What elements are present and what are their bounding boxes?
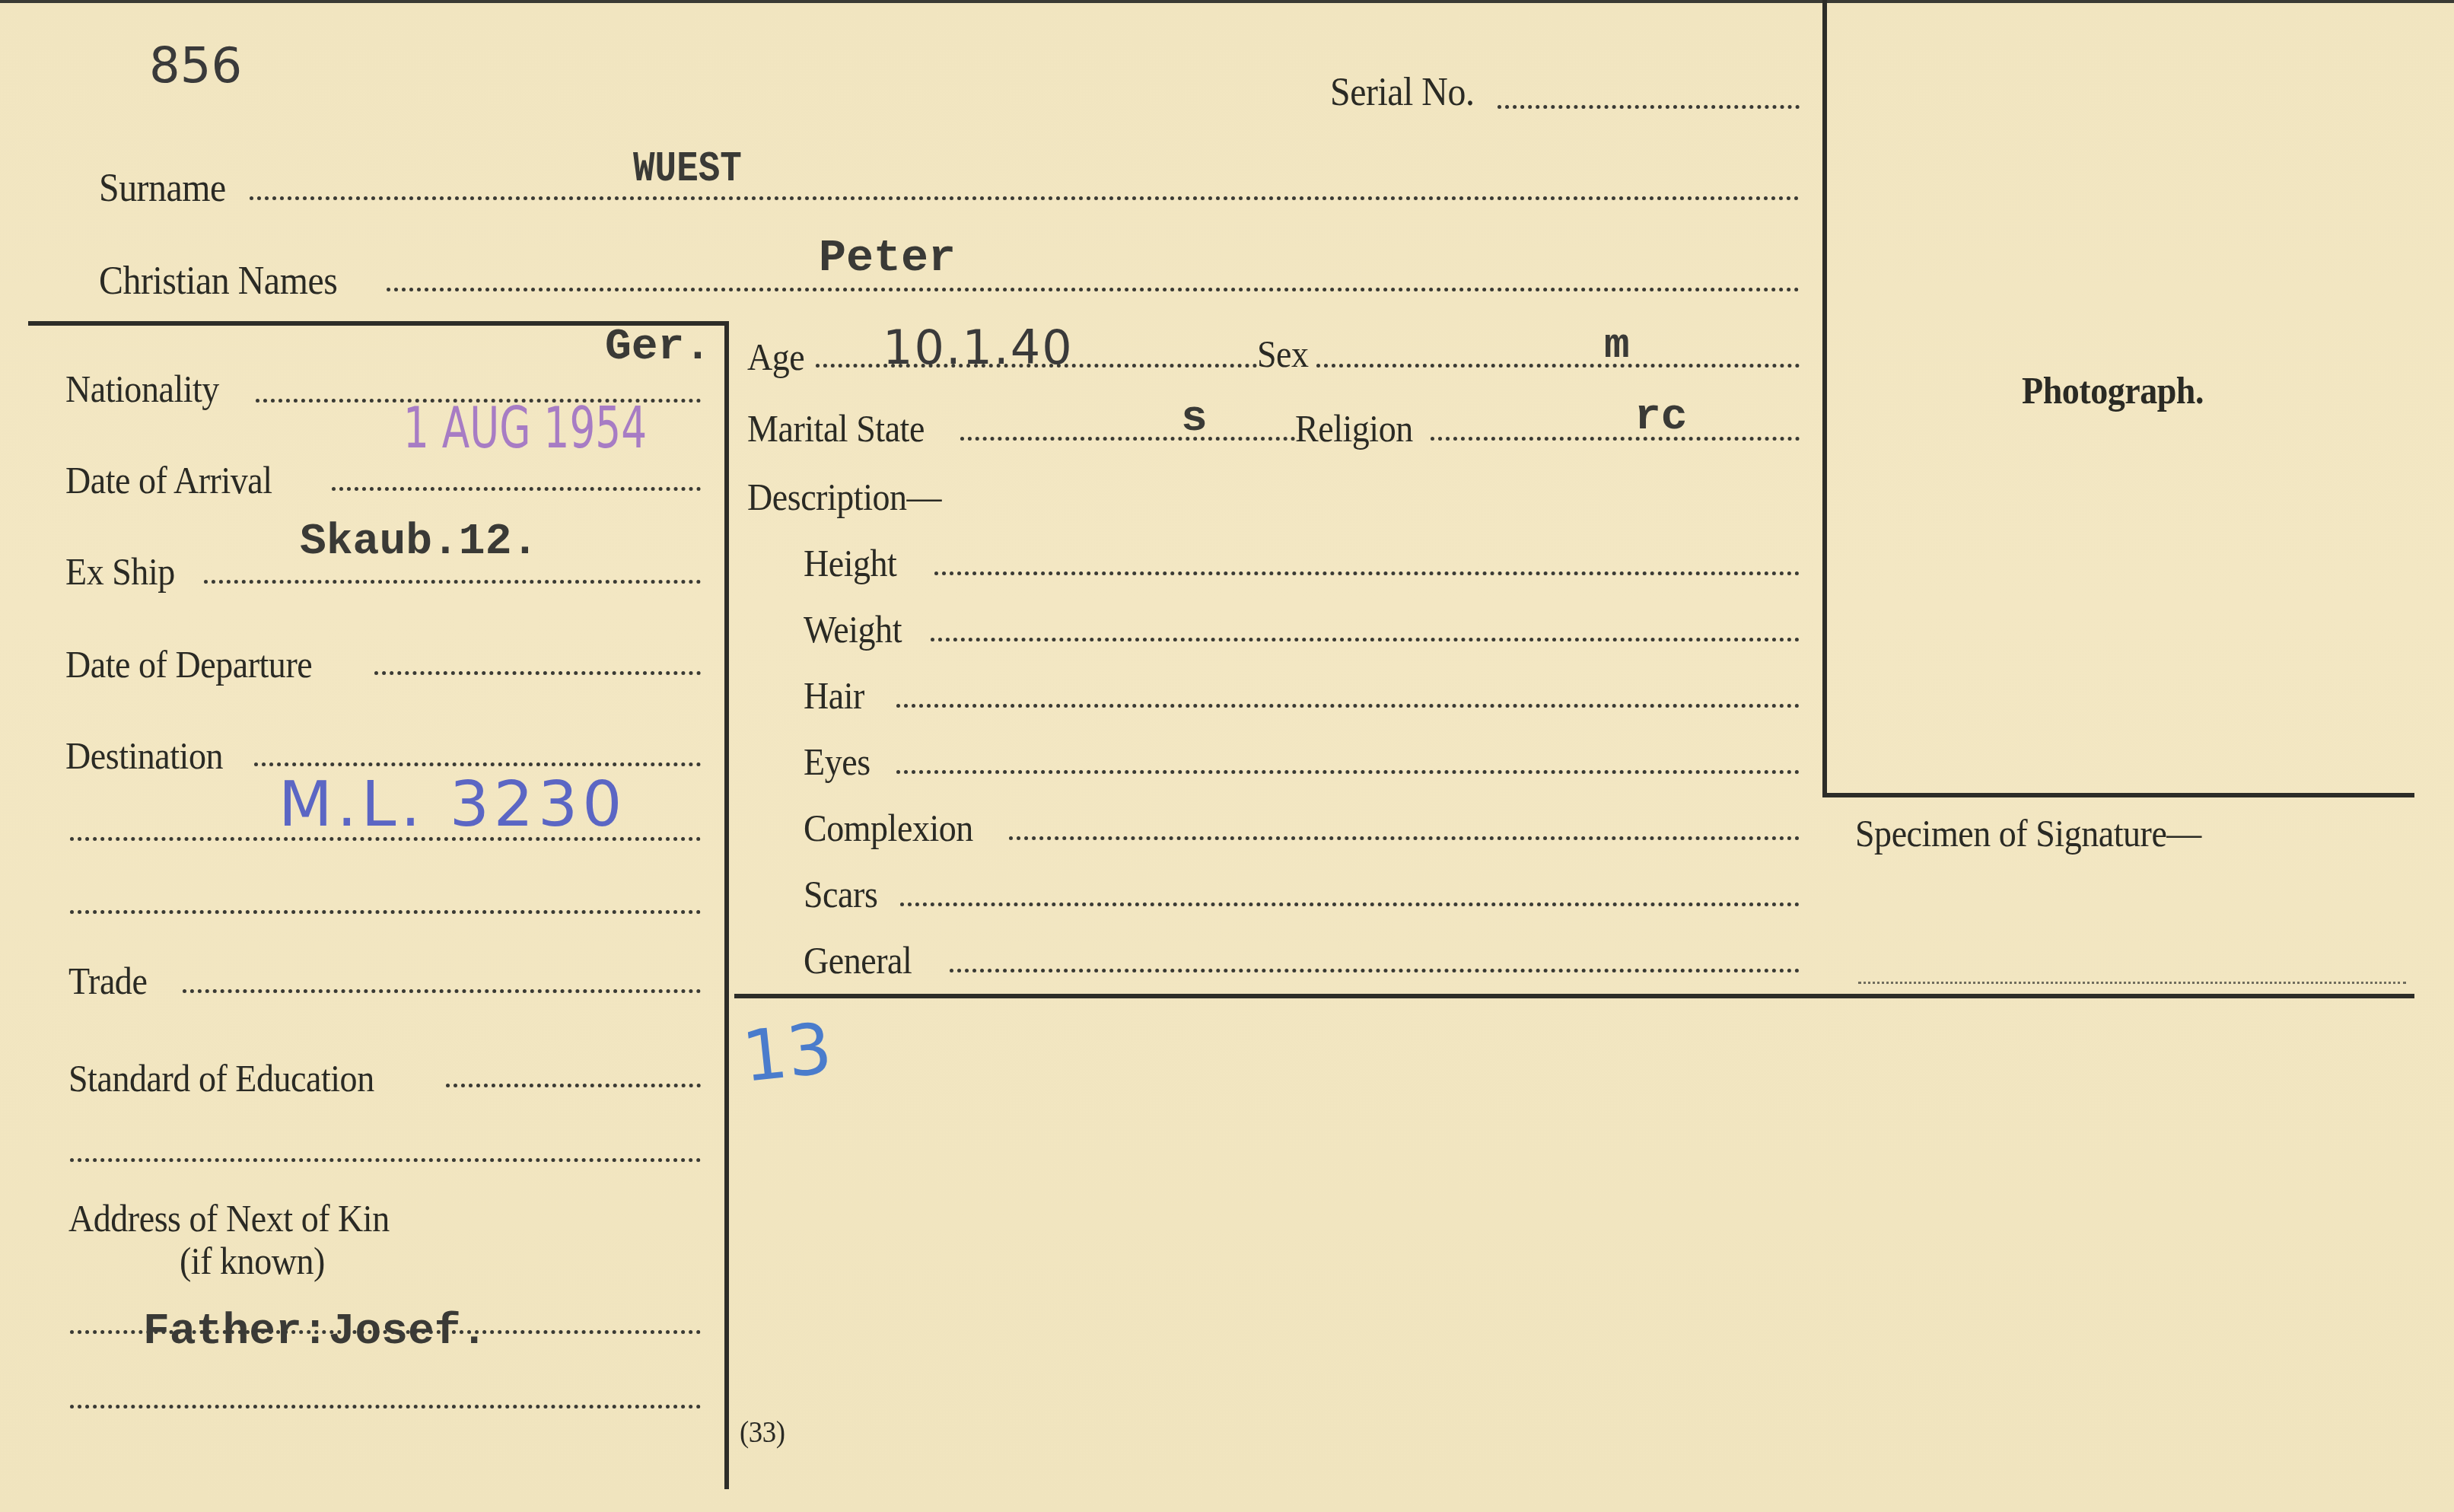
- description-height-label: Height: [804, 544, 896, 582]
- next-of-kin-field-line-2[interactable]: [70, 1405, 701, 1409]
- date-of-arrival-field[interactable]: [332, 487, 701, 491]
- sex-label: Sex: [1257, 335, 1309, 373]
- side-note: 13: [739, 1007, 836, 1098]
- ex-ship-field[interactable]: [204, 580, 701, 584]
- date-of-departure-field[interactable]: [374, 671, 701, 675]
- left-column-divider: [724, 321, 729, 1489]
- christian-names-label: Christian Names: [99, 262, 337, 301]
- religion-label: Religion: [1295, 409, 1413, 447]
- description-complexion-label: Complexion: [804, 809, 973, 847]
- card-number: 856: [149, 38, 242, 94]
- age-label: Age: [747, 338, 804, 376]
- marital-state-label: Marital State: [747, 409, 925, 447]
- description-general-label: General: [804, 941, 912, 979]
- description-eyes-field[interactable]: [896, 770, 1800, 774]
- description-weight-label: Weight: [804, 610, 902, 648]
- nationality-value: Ger.: [605, 323, 711, 372]
- christian-names-value: Peter: [819, 233, 956, 285]
- ex-ship-value: Skaub.12.: [300, 517, 538, 567]
- description-general-field[interactable]: [950, 969, 1800, 972]
- nationality-label: Nationality: [65, 370, 219, 408]
- serial-no-label: Serial No.: [1330, 73, 1474, 113]
- signature-label: Specimen of Signature—: [1855, 814, 2201, 852]
- description-scars-label: Scars: [804, 875, 877, 913]
- description-height-field[interactable]: [934, 571, 1800, 575]
- trade-field[interactable]: [183, 989, 701, 993]
- religion-value: rc: [1634, 393, 1688, 442]
- photo-box-left-border: [1822, 0, 1827, 797]
- description-label: Description—: [747, 478, 941, 516]
- sex-value: m: [1604, 321, 1630, 370]
- surname-value: WUEST: [633, 145, 742, 193]
- next-of-kin-value: Father:Josef.: [143, 1307, 487, 1357]
- next-of-kin-label: Address of Next of Kin: [68, 1199, 390, 1237]
- destination-field[interactable]: [254, 762, 701, 766]
- surname-field[interactable]: [250, 196, 1800, 200]
- description-bottom-rule: [734, 994, 2414, 998]
- description-scars-field[interactable]: [900, 902, 1800, 906]
- ex-ship-label: Ex Ship: [65, 552, 175, 590]
- education-field[interactable]: [446, 1084, 701, 1087]
- age-value: 10.1.40: [883, 320, 1074, 375]
- registration-card: 856 Serial No. Surname WUEST Christian N…: [0, 0, 2454, 1512]
- sex-field[interactable]: [1316, 364, 1800, 368]
- christian-names-field[interactable]: [387, 288, 1800, 291]
- date-of-departure-label: Date of Departure: [65, 645, 312, 683]
- arrival-date-stamp: 1 AUG 1954: [403, 396, 647, 461]
- photo-box-bottom-border: [1822, 793, 2414, 797]
- description-complexion-field[interactable]: [1009, 836, 1800, 840]
- trade-label: Trade: [68, 962, 147, 1000]
- education-field-line-2[interactable]: [70, 1158, 701, 1162]
- destination-field-line-2[interactable]: [70, 837, 701, 841]
- religion-field[interactable]: [1431, 437, 1800, 441]
- destination-label: Destination: [65, 737, 223, 775]
- photograph-placeholder: Photograph.: [2022, 371, 2204, 409]
- description-weight-field[interactable]: [931, 638, 1800, 641]
- form-code: (33): [740, 1417, 785, 1447]
- marital-state-field[interactable]: [960, 437, 1295, 441]
- surname-label: Surname: [99, 169, 226, 208]
- next-of-kin-sublabel: (if known): [180, 1242, 325, 1280]
- description-hair-label: Hair: [804, 676, 864, 715]
- card-top-edge: [0, 0, 2454, 3]
- signature-field[interactable]: [1858, 982, 2406, 984]
- serial-no-field[interactable]: [1498, 105, 1800, 109]
- education-label: Standard of Education: [68, 1059, 374, 1097]
- date-of-arrival-label: Date of Arrival: [65, 461, 272, 499]
- marital-state-value: s: [1181, 394, 1208, 444]
- description-eyes-label: Eyes: [804, 743, 871, 781]
- destination-value: M.L. 3230: [279, 769, 626, 841]
- destination-field-line-3[interactable]: [70, 910, 701, 914]
- description-hair-field[interactable]: [896, 704, 1800, 708]
